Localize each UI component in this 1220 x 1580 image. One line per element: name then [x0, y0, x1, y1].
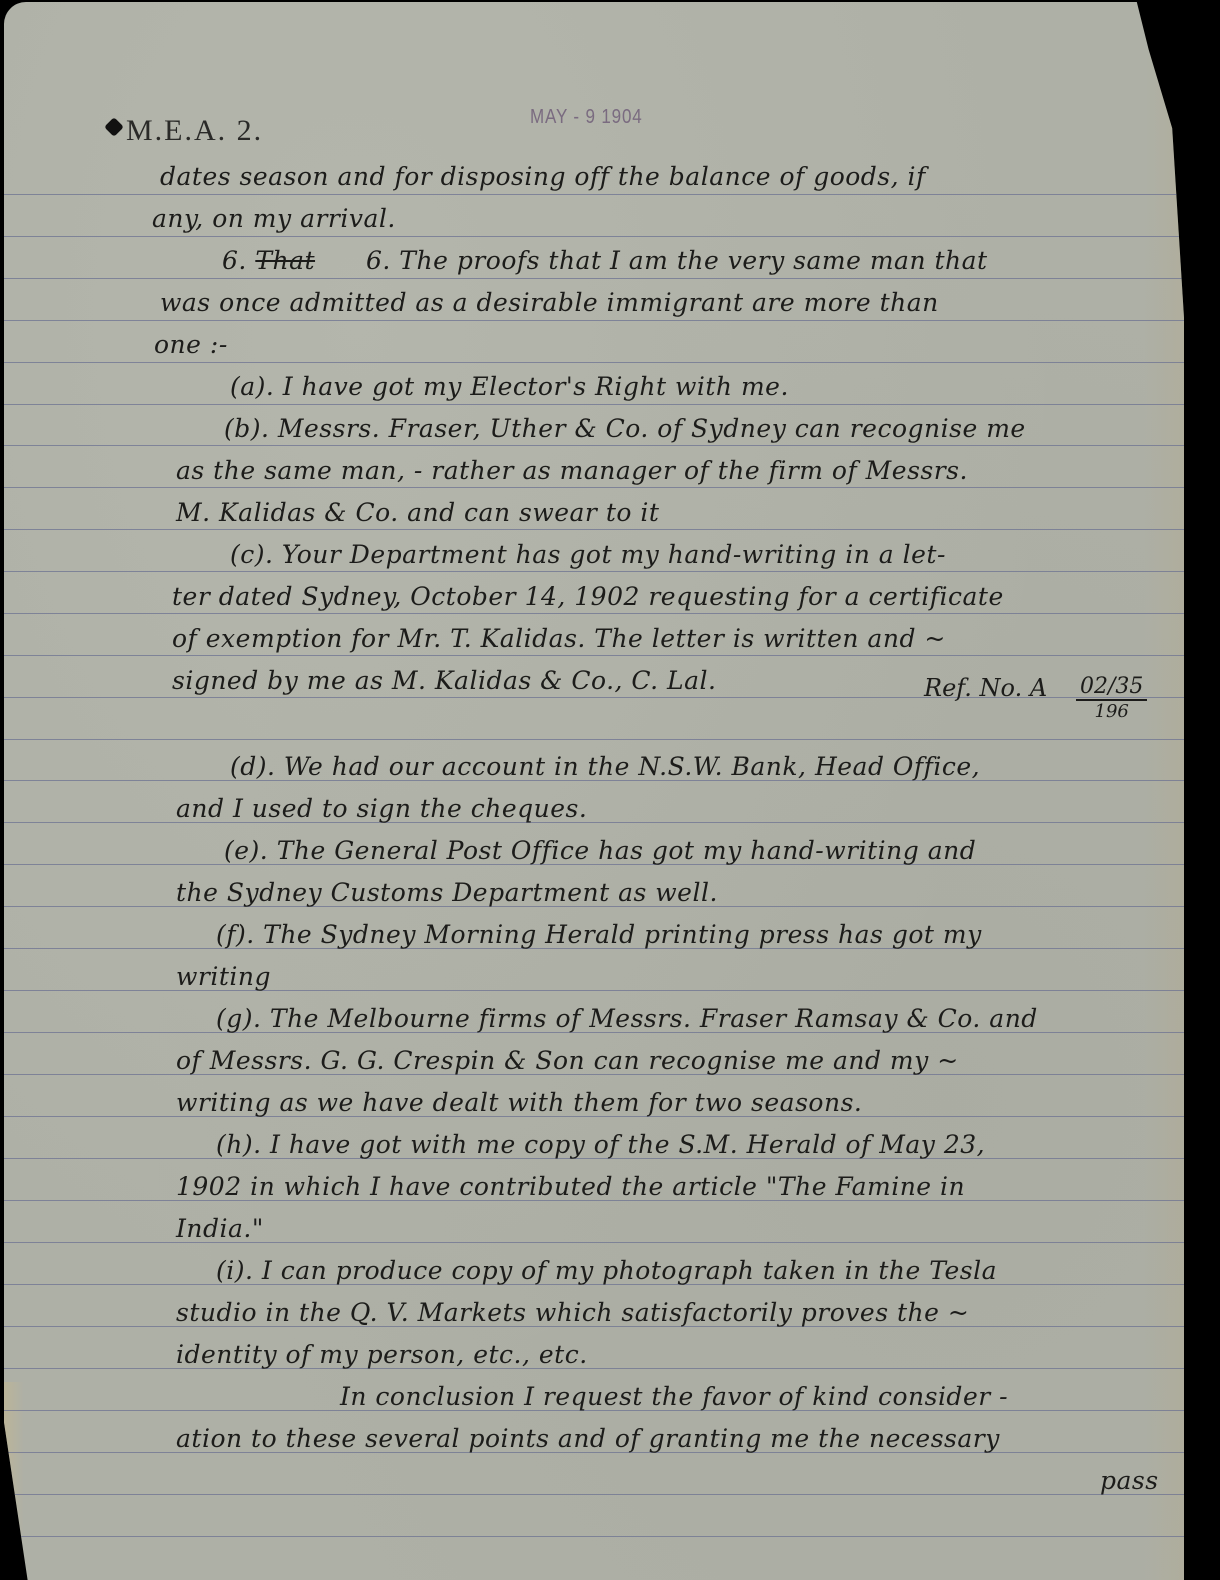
text-line: 1902 in which I have contributed the art…: [176, 1172, 965, 1201]
ruled-line: [4, 613, 1184, 614]
catchword: pass: [1100, 1466, 1159, 1495]
text-line: the Sydney Customs Department as well.: [176, 878, 718, 907]
ruled-line: [4, 194, 1184, 195]
text-line: was once admitted as a desirable immigra…: [160, 288, 939, 317]
text-line: signed by me as M. Kalidas & Co., C. Lal…: [172, 666, 717, 695]
text-line: M. Kalidas & Co. and can swear to it: [176, 498, 659, 527]
ruled-line: [4, 362, 1184, 363]
ref-numerator: 02/35: [1076, 674, 1147, 701]
text-line: dates season and for disposing off the b…: [160, 162, 926, 191]
paper-edge-stain: [1144, 2, 1184, 1580]
struck-word: That: [255, 246, 315, 275]
text-line: of exemption for Mr. T. Kalidas. The let…: [172, 624, 946, 653]
ruled-line: [4, 571, 1184, 572]
list-item-b: (b). Messrs. Fraser, Uther & Co. of Sydn…: [224, 414, 1026, 443]
text-line: as the same man, - rather as manager of …: [176, 456, 968, 485]
ruled-line: [4, 320, 1184, 321]
punch-hole-icon: [104, 117, 124, 137]
reference-number: 02/35 196: [1076, 674, 1147, 722]
ruled-line: [4, 529, 1184, 530]
reference-label: Ref. No. A: [924, 674, 1047, 702]
list-item-i: (i). I can produce copy of my photograph…: [216, 1256, 997, 1285]
text-line: India.": [176, 1214, 264, 1243]
ruled-line: [4, 739, 1184, 740]
text-line: ter dated Sydney, October 14, 1902 reque…: [172, 582, 1004, 611]
text-line: any, on my arrival.: [152, 204, 396, 233]
ruled-line: [4, 404, 1184, 405]
ref-denominator: 196: [1076, 701, 1147, 722]
list-item-e: (e). The General Post Office has got my …: [224, 836, 976, 865]
item-number: 6.: [222, 246, 255, 275]
ruled-line: [4, 487, 1184, 488]
conclusion-line: In conclusion I request the favor of kin…: [340, 1382, 1008, 1411]
ruled-line: [4, 278, 1184, 279]
ruled-line: [4, 445, 1184, 446]
text-line: writing: [176, 962, 271, 991]
ruled-line: [4, 1536, 1184, 1537]
list-item-g: (g). The Melbourne firms of Messrs. Fras…: [216, 1004, 1038, 1033]
text-line: writing as we have dealt with them for t…: [176, 1088, 862, 1117]
ruled-line: [4, 1494, 1184, 1495]
text-line: identity of my person, etc., etc.: [176, 1340, 588, 1369]
ruled-line: [4, 655, 1184, 656]
page-header: M.E.A. 2.: [126, 114, 263, 148]
letter-page: M.E.A. 2. MAY - 9 1904 dates season and …: [4, 2, 1184, 1580]
ref-prefix: A: [1030, 674, 1047, 702]
list-item-a: (a). I have got my Elector's Right with …: [230, 372, 789, 401]
text-line: one :-: [154, 330, 228, 359]
ruled-line: [4, 236, 1184, 237]
text-line-item-6: 6. That: [222, 246, 315, 275]
text-line: and I used to sign the cheques.: [176, 794, 587, 823]
text-line: of Messrs. G. G. Crespin & Son can recog…: [176, 1046, 959, 1075]
date-stamp: MAY - 9 1904: [530, 106, 643, 129]
paper-left-stain: [4, 1382, 24, 1580]
text-line: ation to these several points and of gra…: [176, 1424, 1000, 1453]
list-item-h: (h). I have got with me copy of the S.M.…: [216, 1130, 985, 1159]
ref-label: Ref. No.: [924, 674, 1022, 702]
list-item-c: (c). Your Department has got my hand-wri…: [230, 540, 946, 569]
list-item-d: (d). We had our account in the N.S.W. Ba…: [230, 752, 980, 781]
text-line: studio in the Q. V. Markets which satisf…: [176, 1298, 969, 1327]
text-line: 6. The proofs that I am the very same ma…: [366, 246, 988, 275]
list-item-f: (f). The Sydney Morning Herald printing …: [216, 920, 982, 949]
